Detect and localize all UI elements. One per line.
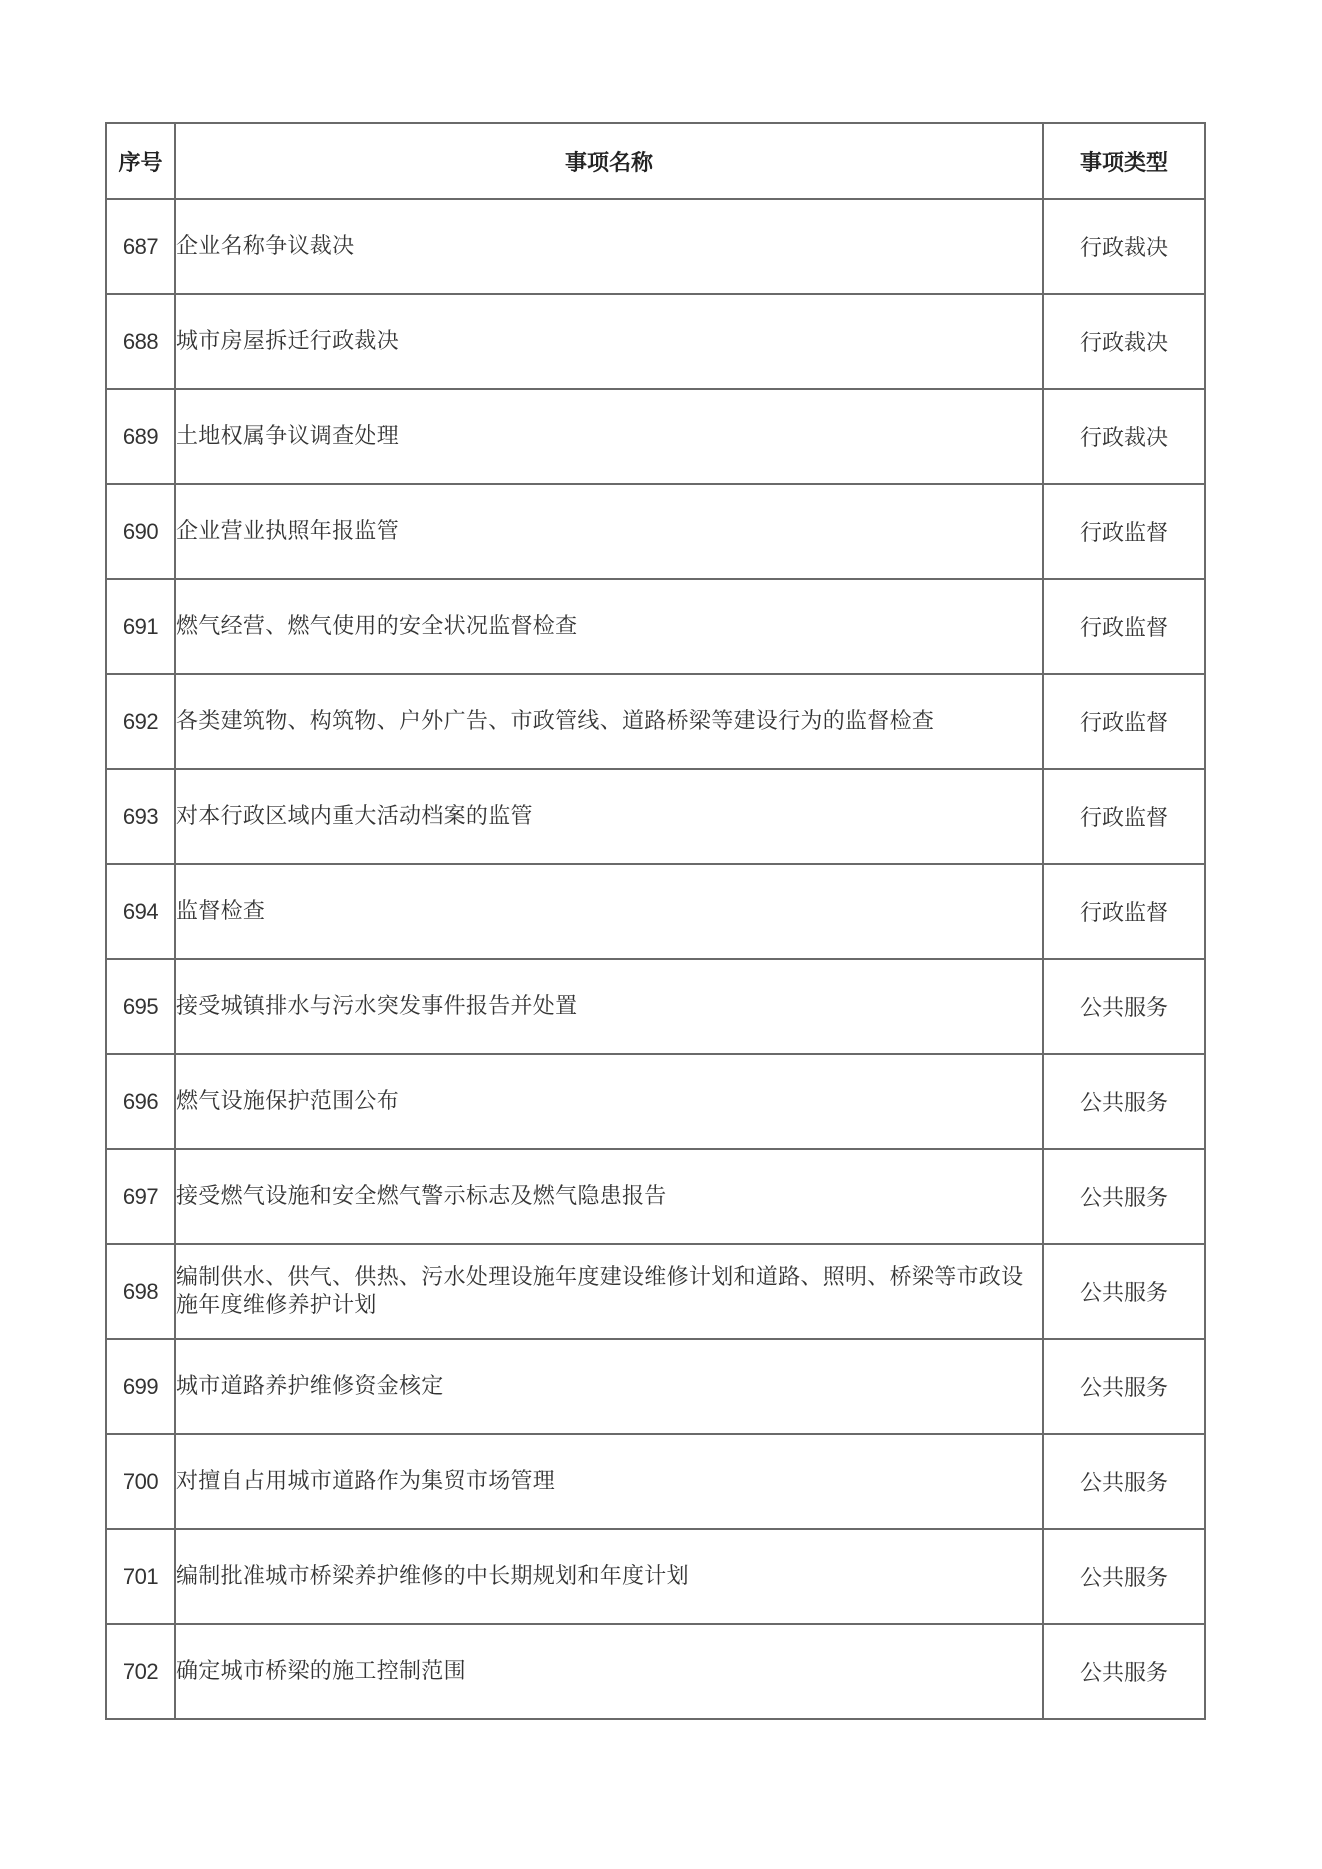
row-type: 行政裁决 bbox=[1043, 294, 1205, 389]
table-row: 698 编制供水、供气、供热、污水处理设施年度建设维修计划和道路、照明、桥梁等市… bbox=[106, 1244, 1205, 1339]
table-row: 700 对擅自占用城市道路作为集贸市场管理 公共服务 bbox=[106, 1434, 1205, 1529]
row-type: 公共服务 bbox=[1043, 959, 1205, 1054]
table-row: 689 土地权属争议调查处理 行政裁决 bbox=[106, 389, 1205, 484]
row-type: 行政监督 bbox=[1043, 864, 1205, 959]
row-name: 燃气经营、燃气使用的安全状况监督检查 bbox=[175, 579, 1043, 674]
table-row: 692 各类建筑物、构筑物、户外广告、市政管线、道路桥梁等建设行为的监督检查 行… bbox=[106, 674, 1205, 769]
table-header-row: 序号 事项名称 事项类型 bbox=[106, 123, 1205, 199]
items-table: 序号 事项名称 事项类型 687 企业名称争议裁决 行政裁决 688 城市房屋拆… bbox=[105, 122, 1206, 1720]
row-name: 确定城市桥梁的施工控制范围 bbox=[175, 1624, 1043, 1719]
row-type: 公共服务 bbox=[1043, 1339, 1205, 1434]
row-no: 698 bbox=[106, 1244, 175, 1339]
row-name: 接受城镇排水与污水突发事件报告并处置 bbox=[175, 959, 1043, 1054]
row-no: 701 bbox=[106, 1529, 175, 1624]
row-type: 行政监督 bbox=[1043, 674, 1205, 769]
row-type: 公共服务 bbox=[1043, 1434, 1205, 1529]
table-row: 701 编制批准城市桥梁养护维修的中长期规划和年度计划 公共服务 bbox=[106, 1529, 1205, 1624]
row-type: 行政监督 bbox=[1043, 579, 1205, 674]
row-no: 691 bbox=[106, 579, 175, 674]
table-row: 687 企业名称争议裁决 行政裁决 bbox=[106, 199, 1205, 294]
row-name: 城市道路养护维修资金核定 bbox=[175, 1339, 1043, 1434]
document-page: 序号 事项名称 事项类型 687 企业名称争议裁决 行政裁决 688 城市房屋拆… bbox=[0, 0, 1322, 1869]
row-type: 行政监督 bbox=[1043, 769, 1205, 864]
table-row: 693 对本行政区域内重大活动档案的监管 行政监督 bbox=[106, 769, 1205, 864]
row-no: 702 bbox=[106, 1624, 175, 1719]
table-row: 694 监督检查 行政监督 bbox=[106, 864, 1205, 959]
table-row: 697 接受燃气设施和安全燃气警示标志及燃气隐患报告 公共服务 bbox=[106, 1149, 1205, 1244]
row-type: 行政监督 bbox=[1043, 484, 1205, 579]
header-type: 事项类型 bbox=[1043, 123, 1205, 199]
row-no: 695 bbox=[106, 959, 175, 1054]
row-name: 对擅自占用城市道路作为集贸市场管理 bbox=[175, 1434, 1043, 1529]
row-no: 687 bbox=[106, 199, 175, 294]
row-name: 土地权属争议调查处理 bbox=[175, 389, 1043, 484]
row-no: 700 bbox=[106, 1434, 175, 1529]
row-name: 编制供水、供气、供热、污水处理设施年度建设维修计划和道路、照明、桥梁等市政设施年… bbox=[175, 1244, 1043, 1339]
row-no: 689 bbox=[106, 389, 175, 484]
table-row: 695 接受城镇排水与污水突发事件报告并处置 公共服务 bbox=[106, 959, 1205, 1054]
row-name: 监督检查 bbox=[175, 864, 1043, 959]
row-type: 行政裁决 bbox=[1043, 199, 1205, 294]
table-row: 696 燃气设施保护范围公布 公共服务 bbox=[106, 1054, 1205, 1149]
row-name: 燃气设施保护范围公布 bbox=[175, 1054, 1043, 1149]
row-type: 公共服务 bbox=[1043, 1244, 1205, 1339]
table-row: 688 城市房屋拆迁行政裁决 行政裁决 bbox=[106, 294, 1205, 389]
row-type: 公共服务 bbox=[1043, 1149, 1205, 1244]
row-name: 接受燃气设施和安全燃气警示标志及燃气隐患报告 bbox=[175, 1149, 1043, 1244]
row-no: 693 bbox=[106, 769, 175, 864]
table-row: 691 燃气经营、燃气使用的安全状况监督检查 行政监督 bbox=[106, 579, 1205, 674]
row-name: 企业名称争议裁决 bbox=[175, 199, 1043, 294]
row-no: 692 bbox=[106, 674, 175, 769]
row-name: 编制批准城市桥梁养护维修的中长期规划和年度计划 bbox=[175, 1529, 1043, 1624]
row-no: 697 bbox=[106, 1149, 175, 1244]
table-row: 699 城市道路养护维修资金核定 公共服务 bbox=[106, 1339, 1205, 1434]
row-name: 城市房屋拆迁行政裁决 bbox=[175, 294, 1043, 389]
row-type: 公共服务 bbox=[1043, 1054, 1205, 1149]
row-name: 各类建筑物、构筑物、户外广告、市政管线、道路桥梁等建设行为的监督检查 bbox=[175, 674, 1043, 769]
row-no: 696 bbox=[106, 1054, 175, 1149]
table-row: 690 企业营业执照年报监管 行政监督 bbox=[106, 484, 1205, 579]
row-name: 对本行政区域内重大活动档案的监管 bbox=[175, 769, 1043, 864]
row-type: 公共服务 bbox=[1043, 1529, 1205, 1624]
header-name: 事项名称 bbox=[175, 123, 1043, 199]
table-row: 702 确定城市桥梁的施工控制范围 公共服务 bbox=[106, 1624, 1205, 1719]
row-name: 企业营业执照年报监管 bbox=[175, 484, 1043, 579]
row-type: 公共服务 bbox=[1043, 1624, 1205, 1719]
row-type: 行政裁决 bbox=[1043, 389, 1205, 484]
row-no: 688 bbox=[106, 294, 175, 389]
header-no: 序号 bbox=[106, 123, 175, 199]
row-no: 690 bbox=[106, 484, 175, 579]
row-no: 699 bbox=[106, 1339, 175, 1434]
row-no: 694 bbox=[106, 864, 175, 959]
